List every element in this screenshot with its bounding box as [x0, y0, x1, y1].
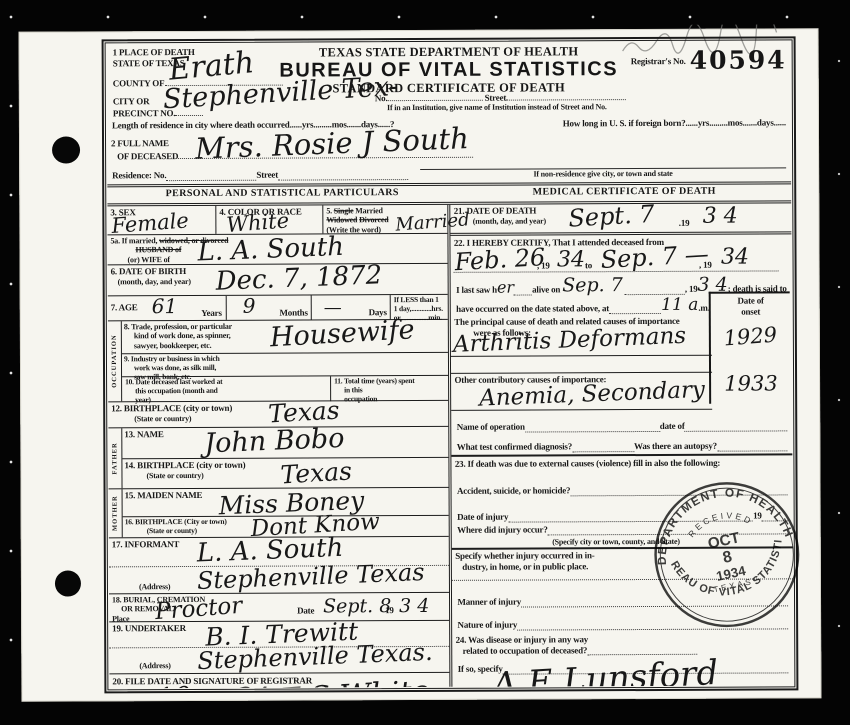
undertaker-address-row: (Address) Stephenville Texas. — [109, 647, 450, 674]
cause-onset-year-handwritten: 1929 — [711, 324, 791, 351]
certify-printed-19b: , 19 — [699, 260, 712, 271]
certify-from-handwritten: Feb. 26 — [454, 245, 546, 274]
accident-label: Accident, suicide, or homicide? — [457, 486, 570, 497]
certify-printed-19a: , 19 — [537, 261, 550, 272]
father-vertical-label: FATHER — [108, 428, 122, 488]
injury-where-label: Where did injury occur? — [457, 524, 548, 535]
age-years-unit: Years — [201, 308, 222, 319]
dotted-leader — [525, 422, 660, 433]
file-date-year-handwritten: 34 — [235, 685, 269, 689]
certify-to-year-handwritten: 34 — [721, 247, 749, 269]
father-group: FATHER 13. NAME John Bobo 14. BIRTHPLACE… — [108, 427, 449, 489]
test-label: What test confirmed diagnosis? — [457, 442, 572, 453]
certificate-paper: 1 PLACE OF DEATH STATE OF TEXAS COUNTY O… — [19, 28, 822, 701]
dotted-leader — [609, 304, 661, 314]
certify-row: 22. I HEREBY CERTIFY, That I attended de… — [451, 234, 792, 275]
date-of-birth-handwritten-value: Dec. 7, 1872 — [215, 262, 382, 295]
personal-section-title: PERSONAL AND STATISTICAL PARTICULARS — [107, 186, 457, 204]
father-name-handwritten-value: John Bobo — [204, 425, 345, 457]
color-race-field: 4. COLOR OR RACE White — [216, 205, 323, 233]
last-saw-mid: alive on — [532, 285, 560, 296]
date-of-onset-box: Date of onset 1929 1933 — [709, 291, 790, 403]
mother-group: MOTHER 15. MAIDEN NAME Miss Boney 16. BI… — [109, 488, 450, 538]
burial-row: 18. BURIAL, CREMATION OR REMOVAL Place P… — [109, 593, 450, 622]
age-months-unit: Months — [279, 308, 307, 319]
sex-handwritten-value: Female — [111, 210, 190, 237]
informant-address-row: (Address) Stephenville Texas — [109, 566, 450, 594]
cause-blank-line — [451, 356, 712, 374]
last-saw-hw-pronoun: er — [497, 280, 514, 296]
punch-hole — [52, 136, 80, 163]
mother-birthplace-row: 16. BIRTHPLACE (City or town) (State or … — [123, 516, 449, 537]
marital-widowed: Widowed — [326, 216, 357, 225]
age-years-value: 61 — [152, 296, 178, 316]
informant-address-handwritten-value: Stephenville Texas — [197, 560, 425, 593]
registrar-number: 40594 — [690, 45, 787, 74]
signed-row: (Signed) M. D. A E Lunsford — [453, 675, 794, 688]
marital-divorced: Divorced — [359, 216, 388, 225]
full-name-label2-text: OF DECEASED — [117, 151, 178, 161]
father-birthplace-handwritten-value: Texas — [280, 458, 353, 487]
injury-manner-label: Manner of injury — [457, 597, 521, 608]
burial-date-handwritten-value: Sept. 8 — [323, 597, 391, 616]
dotted-leader — [514, 286, 532, 296]
contributory-row: Other contributory causes of importance:… — [451, 373, 712, 411]
occupation-related-row: 24. Was disease or injury in any way rel… — [453, 631, 794, 659]
punch-hole — [55, 570, 81, 596]
dotted-leader — [717, 441, 787, 451]
injury-date-label: Date of injury — [457, 512, 508, 523]
marital-status-field: 5. Single Married Widowed Divorced (Writ… — [323, 205, 448, 234]
date-of-birth-row: 6. DATE OF BIRTH (month, day, and year) … — [108, 264, 449, 296]
dotted-leader — [387, 91, 482, 101]
section-header-row: PERSONAL AND STATISTICAL PARTICULARS MED… — [107, 181, 791, 206]
birthplace-row: 12. BIRTHPLACE (city or town) (State or … — [108, 401, 449, 428]
cause-of-death-row: Arthritis Deformans — [451, 327, 712, 357]
color-race-handwritten-value: White — [226, 210, 290, 236]
received-stamp: DEPARTMENT OF HEALTH RECEIVED OCT 8 1934… — [636, 464, 817, 645]
street-label: Street — [485, 93, 507, 103]
operation-date-label: date of — [660, 421, 685, 432]
test-autopsy-row: What test confirmed diagnosis? Was there… — [452, 433, 793, 456]
date-of-death-printed-19: .19 — [679, 218, 690, 229]
occurred-pre: have occurred on the date stated above, … — [456, 304, 609, 315]
contributory-handwritten: Anemia, Secondary — [479, 379, 706, 411]
onset-label1: Date of — [711, 293, 790, 306]
burial-year-handwritten-value: 3 4 — [399, 597, 429, 616]
scanned-death-certificate: 1 PLACE OF DEATH STATE OF TEXAS COUNTY O… — [0, 0, 850, 725]
mother-name-row: 15. MAIDEN NAME Miss Boney — [123, 488, 450, 517]
registrar-label: Registrar's No. — [631, 56, 686, 66]
nonresidence-note: If non-residence give city, or town and … — [420, 168, 786, 180]
spouse-num: 5a. — [110, 236, 119, 245]
informant-address-label: (Address) — [139, 582, 170, 592]
marital-num: 5. — [326, 206, 332, 215]
age-days-value: — — [324, 299, 342, 317]
autopsy-label: Was there an autopsy? — [634, 441, 717, 452]
spouse-handwritten-value: L. A. South — [197, 234, 344, 266]
birthplace-handwritten-value: Texas — [268, 398, 341, 427]
dotted-leader — [685, 421, 788, 431]
stamp-day: 8 — [721, 547, 734, 566]
residence-no-label: Residence: No. — [112, 170, 166, 181]
medical-section-title: MEDICAL CERTIFICATE OF DEATH — [457, 184, 791, 201]
certify-to-label: to — [585, 261, 592, 272]
residence-street-label: Street — [256, 170, 278, 181]
operation-row: Name of operation date of — [452, 409, 793, 434]
marital-married: Married — [355, 206, 383, 215]
operation-label: Name of operation — [457, 422, 525, 433]
date-of-death-row: 21. DATE OF DEATH (month, day, and year)… — [451, 203, 792, 235]
date-of-death-handwritten-value: Sept. 7 — [568, 202, 655, 231]
occurred-time-handwritten: 11 a — [661, 297, 698, 314]
dotted-leader — [625, 285, 685, 295]
external-causes-row: 23. If death was due to external causes … — [452, 455, 793, 471]
occupation-related-line2: related to occupation of deceased? — [463, 645, 588, 656]
occupation-group: OCCUPATION 8. Trade, profession, or part… — [108, 320, 449, 402]
burial-printed-19: 19 — [385, 606, 394, 617]
injury-nature-label: Nature of injury — [458, 620, 518, 631]
certify-from-year-handwritten: 34 — [557, 249, 585, 271]
full-name-row: 2 FULL NAME OF DECEASED Mrs. Rosie J Sou… — [107, 131, 791, 170]
mother-vertical-label: MOTHER — [109, 489, 123, 537]
age-label: 7. AGE — [111, 302, 138, 312]
trade-row: 8. Trade, profession, or particular kind… — [122, 320, 449, 354]
dotted-leader — [278, 170, 408, 181]
total-time-field: 11. Total time (years) spent in this occ… — [331, 376, 449, 402]
date-of-death-year-handwritten: 3 4 — [703, 206, 738, 228]
occurred-post: .m. — [698, 303, 709, 314]
sex-color-marital-row: 3. SEX Female 4. COLOR OR RACE White 5. … — [107, 205, 448, 235]
last-saw-printed-19: , 19 — [685, 284, 698, 295]
contributory-onset-year-handwritten: 1933 — [711, 374, 790, 395]
spouse-row: 5a. If married, widowed, or divorced HUS… — [107, 234, 448, 265]
dotted-leader — [572, 442, 634, 452]
cause-of-death-handwritten: Arthritis Deformans — [453, 325, 687, 357]
dotted-leader — [506, 90, 626, 101]
external-causes-label: 23. If death was due to external causes … — [452, 455, 793, 469]
age-months-field: 9 Months — [227, 295, 312, 319]
trade-handwritten-value: Housewife — [269, 316, 415, 351]
occupation-vertical-label: OCCUPATION — [108, 321, 122, 401]
father-name-row: 13. NAME John Bobo — [122, 427, 449, 459]
sex-field: 3. SEX Female — [107, 206, 216, 234]
age-months-value: 9 — [243, 296, 256, 316]
last-saw-date-handwritten: Sep. 7 — [562, 276, 623, 295]
spouse-if-married: If married, — [122, 236, 158, 245]
certify-to-handwritten: Sep. 7 — — [600, 242, 709, 272]
industry-row: 9. Industry or business in which work wa… — [122, 353, 449, 377]
file-date-row: 20. FILE DATE AND SIGNATURE OF REGISTRAR… — [109, 673, 449, 688]
onset-label2: onset — [711, 306, 790, 317]
county-label: COUNTY OF — [113, 78, 165, 88]
marital-single: Single — [334, 206, 354, 215]
age-years-field: 7. AGE 61 Years — [108, 296, 227, 321]
dotted-leader — [166, 170, 256, 180]
form-header: 1 PLACE OF DEATH STATE OF TEXAS COUNTY O… — [107, 41, 791, 116]
burial-date-label: Date — [297, 606, 314, 617]
undertaker-address-handwritten-value: Stephenville Texas. — [197, 640, 433, 673]
undertaker-address-label: (Address) — [139, 661, 170, 671]
last-saw-pre: I last saw h — [456, 285, 497, 296]
foreign-born-label: How long in U. S. if foreign born?......… — [563, 117, 786, 129]
father-birthplace-row: 14. BIRTHPLACE (city or town) (State or … — [122, 458, 449, 488]
personal-column: 3. SEX Female 4. COLOR OR RACE White 5. … — [107, 205, 450, 688]
